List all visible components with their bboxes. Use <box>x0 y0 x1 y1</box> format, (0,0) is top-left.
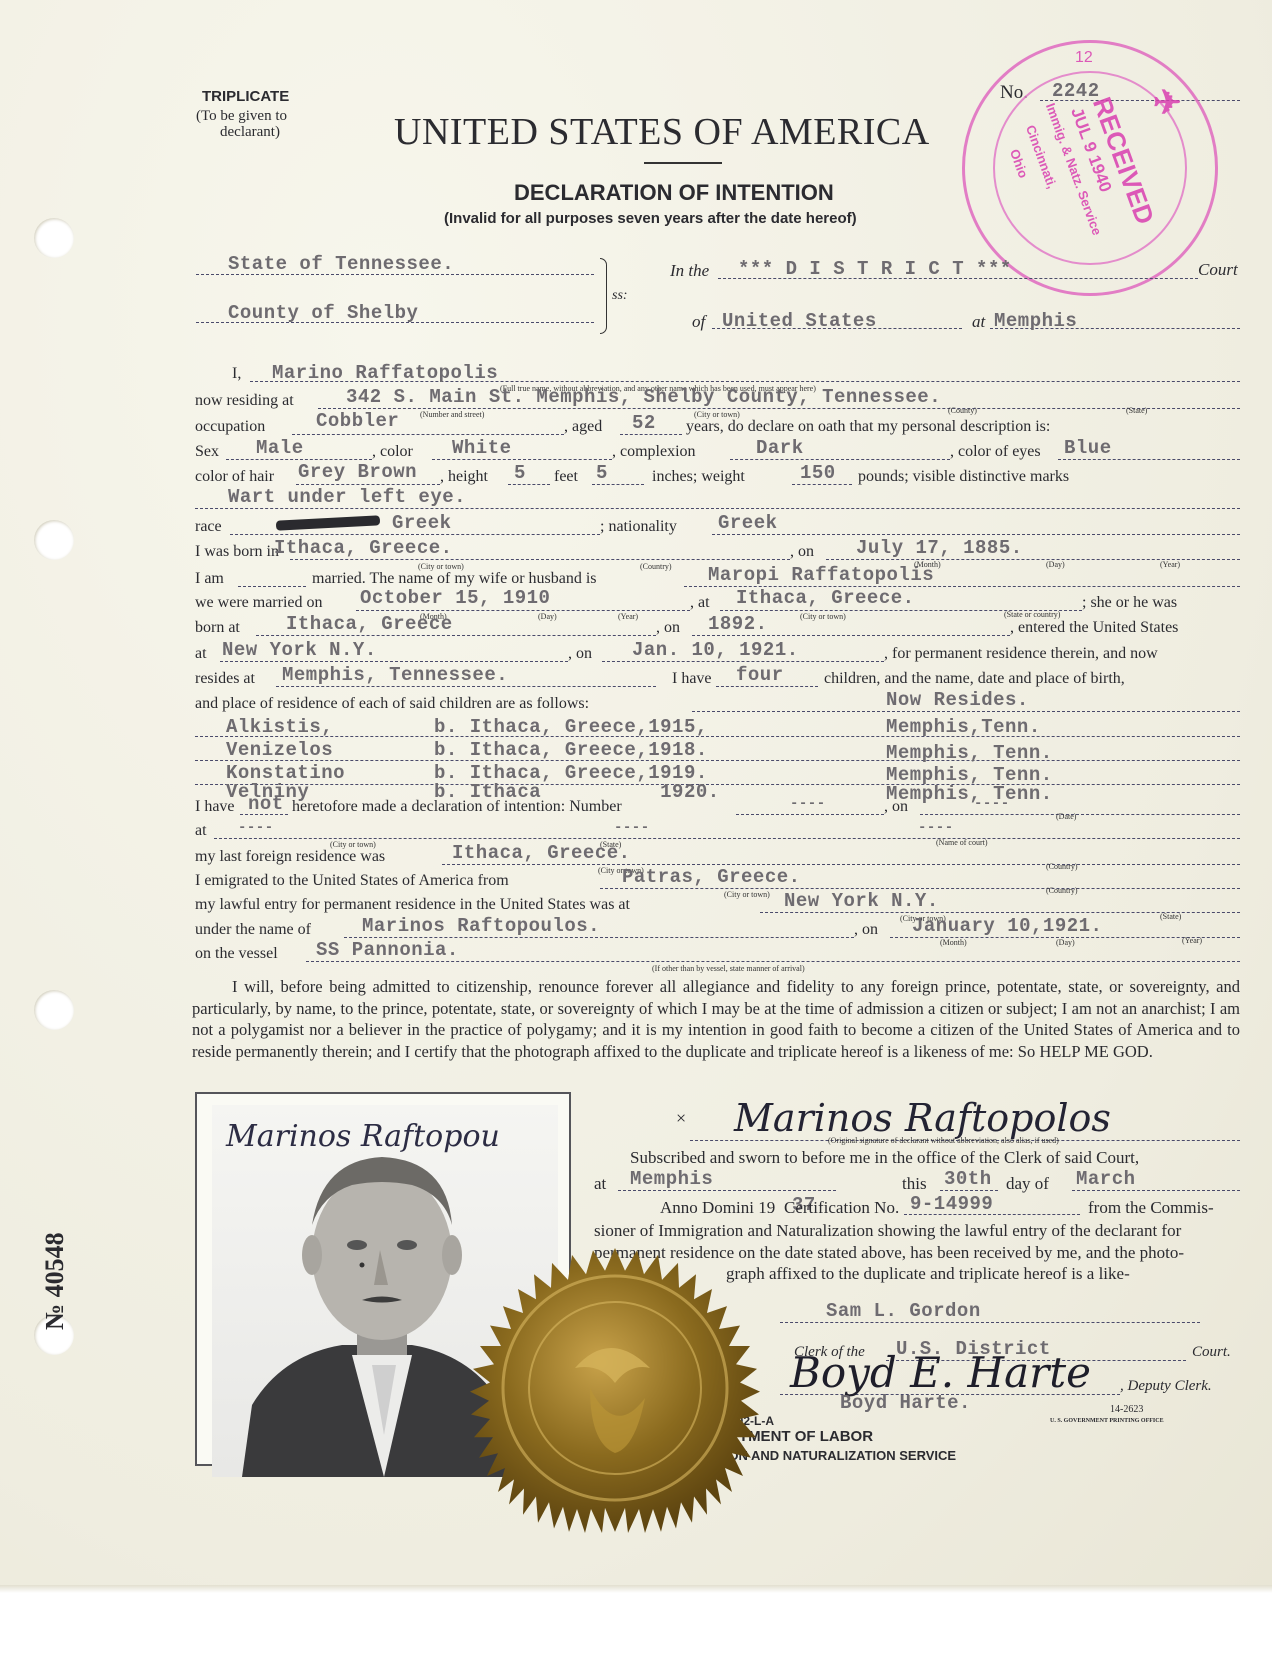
marriage-caption-state: (State or country) <box>1004 610 1060 619</box>
birth-on-label: , on <box>790 543 814 561</box>
pounds-label: pounds; visible distinctive marks <box>858 468 1069 486</box>
at-value: Memphis <box>994 310 1077 332</box>
birth-caption-day: (Day) <box>1046 560 1065 569</box>
marriage-date-line <box>356 610 690 611</box>
feet-label: feet <box>554 468 578 486</box>
child-name: Alkistis, <box>226 716 333 738</box>
punch-hole <box>34 990 74 1030</box>
entry-place-value: New York N.Y. <box>784 890 939 912</box>
children-count-line <box>716 686 818 687</box>
side-serial-number: № 40548 <box>40 1232 70 1330</box>
last-residence-line <box>442 864 1240 865</box>
resides-label: resides at <box>195 670 255 688</box>
cert-label: Certification No. <box>784 1198 899 1218</box>
married-on-label: we were married on <box>195 594 323 612</box>
residence-value: 342 S. Main St. Memphis, Shelby County, … <box>346 386 941 408</box>
distinctive-marks-value: Wart under left eye. <box>228 486 466 508</box>
inches-weight-label: inches; weight <box>652 468 745 486</box>
spouse-name-value: Maropi Raffatopolis <box>708 564 934 586</box>
children-count: four <box>736 664 784 686</box>
copy-type: TRIPLICATE <box>202 88 289 105</box>
height-inches-line <box>592 484 644 485</box>
prior-date: ---- <box>974 796 1010 812</box>
complexion-value: Dark <box>756 437 804 459</box>
spouse-residence: Memphis, Tennessee. <box>282 664 508 686</box>
prior-at-state: ---- <box>614 820 650 836</box>
height-label: , height <box>440 468 488 486</box>
prior-number: ---- <box>790 796 826 812</box>
under-name-line <box>344 937 854 938</box>
residing-label: now residing at <box>195 392 294 410</box>
stamp-clock-12: 12 <box>1075 49 1093 67</box>
day-line <box>940 1190 998 1191</box>
venue-state-line <box>196 274 594 275</box>
cert-value: 9-14999 <box>910 1193 993 1215</box>
permanent-residence-label: , for permanent residence therein, and n… <box>884 645 1158 663</box>
clerk-name: Sam L. Gordon <box>826 1300 981 1322</box>
child-residence: Memphis, Tenn. <box>886 783 1053 805</box>
month-value: March <box>1076 1168 1136 1190</box>
birthplace-value: Ithaca, Greece. <box>274 537 453 559</box>
document-subtitle: DECLARATION OF INTENTION <box>514 180 834 206</box>
prior-caption-court: (Name of court) <box>936 838 988 847</box>
oath-paragraph: I will, before being admitted to citizen… <box>192 976 1240 1062</box>
of-value: United States <box>722 310 877 332</box>
i-label: I, <box>232 365 241 383</box>
emigrated-caption-city: (City or town) <box>724 890 770 899</box>
declarant-name: Marino Raffatopolis <box>272 362 498 384</box>
aged-label: , aged <box>564 418 602 436</box>
race-value: Greek <box>392 512 452 534</box>
marriage-caption-year: (Year) <box>618 612 638 621</box>
court-name: *** D I S T R I C T *** <box>738 258 1012 280</box>
spouse-entry-date: Jan. 10, 1921. <box>632 639 799 661</box>
sex-label: Sex <box>195 443 219 461</box>
sex-line <box>226 459 372 460</box>
entry-date-value: January 10,1921. <box>912 915 1102 937</box>
entry-caption-state: (State) <box>1160 912 1181 921</box>
eyes-value: Blue <box>1064 437 1112 459</box>
emigrated-label: I emigrated to the United States of Amer… <box>195 872 509 890</box>
child-birth: b. Ithaca, Greece,1915, <box>434 716 708 738</box>
spouse-residence-line <box>276 686 656 687</box>
marriage-caption-day: (Day) <box>538 612 557 621</box>
i-am-label: I am <box>195 570 224 588</box>
weight-value: 150 <box>800 462 836 484</box>
this-label: this <box>902 1174 927 1194</box>
spouse-birth-year: 1892. <box>708 613 768 635</box>
she-label: ; she or he was <box>1082 594 1177 612</box>
prior-on-label: , on <box>884 798 908 816</box>
born-label: I was born in <box>195 543 279 561</box>
entry-date-caption-year: (Year) <box>1182 936 1202 945</box>
subscribed-text: Subscribed and sworn to before me in the… <box>630 1148 1139 1168</box>
race-line <box>230 534 600 535</box>
height-inches-value: 5 <box>596 462 608 484</box>
color-label: , color <box>372 443 413 461</box>
hair-line <box>296 484 440 485</box>
venue-county: County of Shelby <box>228 302 418 324</box>
vessel-line <box>306 961 1240 962</box>
entered-label: , entered the United States <box>1010 619 1178 637</box>
jurat-at-label: at <box>594 1174 606 1194</box>
vessel-value: SS Pannonia. <box>316 939 459 961</box>
emigrated-line <box>600 888 1240 889</box>
children-intro: and place of residence of each of said c… <box>195 695 589 713</box>
in-the-label: In the <box>670 261 709 281</box>
copy-note-2: declarant) <box>220 124 280 141</box>
children-intro-line <box>692 711 1240 712</box>
color-value: White <box>452 437 512 459</box>
marks-line <box>195 508 1240 509</box>
court-label: Court <box>1198 260 1238 280</box>
eyes-line <box>1058 459 1240 460</box>
oath-text: I will, before being admitted to citizen… <box>192 977 1240 1061</box>
deputy-signature: Boyd E. Harte <box>790 1348 1091 1397</box>
stamp-airplane-icon: ✈ <box>1153 83 1182 123</box>
spouse-entry-place-line <box>220 661 568 662</box>
title-rule <box>644 162 722 164</box>
printer-label: U. S. GOVERNMENT PRINTING OFFICE <box>1050 1418 1164 1424</box>
child-residence: Memphis,Tenn. <box>886 716 1041 738</box>
oath-description-text: years, do declare on oath that my person… <box>686 418 1050 436</box>
age-line <box>620 434 682 435</box>
venue-state: State of Tennessee. <box>228 253 454 275</box>
venue-brace <box>600 258 607 334</box>
race-label: race <box>195 518 222 536</box>
prior-at-line <box>214 838 1240 839</box>
of-label: of <box>692 312 705 332</box>
signature-caption: (Original signature of declarant without… <box>828 1136 1059 1145</box>
child-residence: Memphis, Tenn. <box>886 742 1053 764</box>
spouse-entry-place: New York N.Y. <box>222 639 377 661</box>
spouse-born-label: born at <box>195 619 240 637</box>
last-res-caption-country: (Country) <box>1046 862 1078 871</box>
vessel-caption: (If other than by vessel, state manner o… <box>652 964 805 973</box>
married-text: married. The name of my wife or husband … <box>312 570 597 588</box>
under-name-value: Marinos Raftopoulos. <box>362 915 600 937</box>
entry-date-caption-day: (Day) <box>1056 938 1075 947</box>
nationality-value: Greek <box>718 512 778 534</box>
hair-label: color of hair <box>195 468 274 486</box>
age-value: 52 <box>632 412 656 434</box>
emigrated-caption-country: (Country) <box>1046 886 1078 895</box>
child-line <box>195 760 1240 761</box>
i-have-label: I have <box>672 670 712 688</box>
prior-i-have-label: I have <box>195 798 235 816</box>
weight-line <box>792 484 852 485</box>
print-code: 14-2623 <box>1110 1404 1143 1415</box>
married-at-label: , at <box>690 594 710 612</box>
marital-line <box>238 586 306 587</box>
day-of-label: day of <box>1006 1174 1049 1194</box>
prior-date-line <box>920 814 1240 815</box>
spouse-entry-at-label: at <box>195 645 207 663</box>
venue-ss: ss: <box>612 288 628 304</box>
spouse-birthplace-line <box>256 635 656 636</box>
occupation-line <box>292 434 564 435</box>
hair-value: Grey Brown <box>298 461 417 483</box>
marriage-date-value: October 15, 1910 <box>360 587 550 609</box>
punch-hole <box>34 520 74 560</box>
child-name: Venizelos <box>226 739 333 761</box>
emigrated-from-value: Patras, Greece. <box>622 866 801 888</box>
nationality-line <box>712 534 1240 535</box>
prior-at-label: at <box>195 822 207 840</box>
child-birth: b. Ithaca, Greece,1918. <box>434 739 708 761</box>
prior-date-caption: (Date) <box>1056 812 1076 821</box>
venue-county-line <box>196 322 594 323</box>
not-value: not <box>248 793 284 815</box>
prior-at-city: ---- <box>238 820 274 836</box>
spouse-on-label: , on <box>656 619 680 637</box>
last-residence-label: my last foreign residence was <box>195 848 385 866</box>
marriage-place-value: Ithaca, Greece. <box>736 587 915 609</box>
prior-at-court: ---- <box>918 820 954 836</box>
residence-line <box>318 408 1240 409</box>
complexion-label: , complexion <box>612 443 696 461</box>
deputy-typed: Boyd Harte. <box>840 1392 971 1414</box>
birth-caption-country: (Country) <box>640 562 672 571</box>
caption-state: (State) <box>1126 406 1147 415</box>
validity-note: (Invalid for all purposes seven years af… <box>444 210 857 227</box>
entry-label: my lawful entry for permanent residence … <box>195 896 630 914</box>
signature-mark: × <box>676 1108 686 1129</box>
prior-text: heretofore made a declaration of intenti… <box>292 798 622 816</box>
spouse-entry-date-line <box>602 661 884 662</box>
day-value: 30th <box>944 1168 992 1190</box>
jurat-at-value: Memphis <box>630 1168 713 1190</box>
entry-date-caption-month: (Month) <box>940 938 967 947</box>
punch-hole <box>34 218 74 258</box>
caption-number-street: (Number and street) <box>420 410 484 419</box>
clerk-court-label: Court. <box>1192 1344 1231 1361</box>
spouse-entry-on-label: , on <box>568 645 592 663</box>
birth-date-value: July 17, 1885. <box>856 537 1023 559</box>
birthplace-line <box>290 559 790 560</box>
color-line <box>432 459 612 460</box>
under-name-label: under the name of <box>195 921 311 939</box>
gold-seal-icon <box>440 1198 790 1548</box>
declarant-signature: Marinos Raftopolos <box>734 1096 1111 1140</box>
occupation-label: occupation <box>195 418 265 436</box>
children-text: children, and the name, date and place o… <box>824 670 1125 688</box>
entry-on-label: , on <box>854 921 878 939</box>
cert-text-1: from the Commis- <box>1088 1198 1214 1218</box>
caption-county: (County) <box>948 406 977 415</box>
last-residence-value: Ithaca, Greece. <box>452 842 631 864</box>
spouse-birthplace-value: Ithaca, Greece <box>286 613 453 635</box>
copy-note-1: (To be given to <box>196 108 287 125</box>
occupation-value: Cobbler <box>316 410 399 432</box>
document-title: UNITED STATES OF AMERICA <box>394 110 930 154</box>
month-line <box>1072 1190 1240 1191</box>
child-line <box>195 736 1240 737</box>
at-label: at <box>972 312 985 332</box>
paper-edge <box>0 1585 1272 1593</box>
prior-number-line <box>736 814 884 815</box>
sex-value: Male <box>256 437 304 459</box>
birth-caption-year: (Year) <box>1160 560 1180 569</box>
deputy-label: , Deputy Clerk. <box>1120 1378 1212 1395</box>
now-resides: Now Resides. <box>886 689 1029 711</box>
jurat-at-line <box>618 1190 836 1191</box>
complexion-line <box>730 459 950 460</box>
clerk-name-line <box>780 1322 1200 1323</box>
nationality-label: ; nationality <box>600 518 677 536</box>
eyes-label: , color of eyes <box>950 443 1041 461</box>
vessel-label: on the vessel <box>195 945 278 963</box>
marriage-caption-city: (City or town) <box>800 612 846 621</box>
spouse-birth-date-line <box>692 635 1010 636</box>
height-feet-value: 5 <box>514 462 526 484</box>
height-feet-line <box>508 484 550 485</box>
